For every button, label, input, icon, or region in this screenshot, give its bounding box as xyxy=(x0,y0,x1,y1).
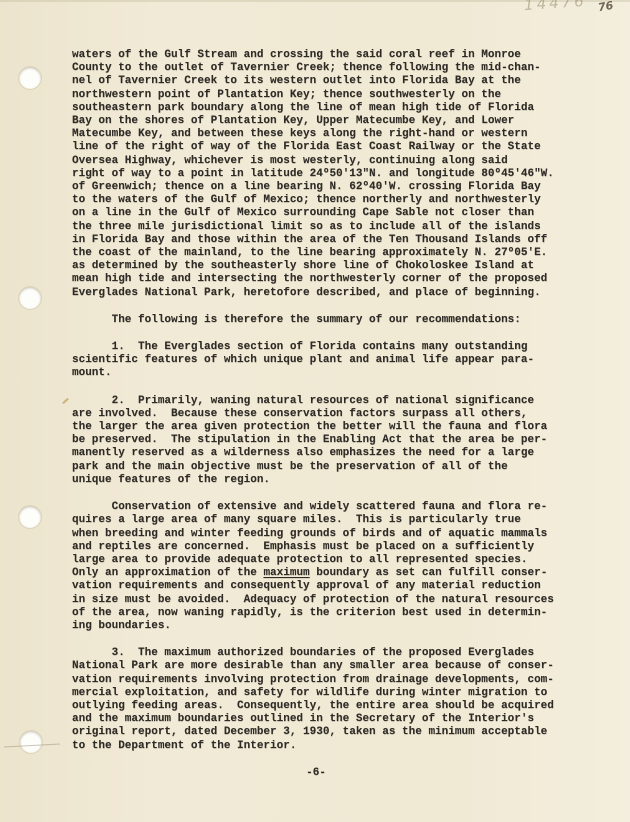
pencil-mark xyxy=(62,398,69,404)
underlined-word-maximum: maximum xyxy=(263,567,309,579)
paragraph-recommendation-3: 3. The maximum authorized boundaries of … xyxy=(72,647,572,753)
punch-hole xyxy=(20,731,42,753)
faint-pencil-annotation: 14476 xyxy=(523,0,587,14)
paragraph-recommendation-2: 2. Primarily, waning natural resources o… xyxy=(72,395,572,487)
handwritten-page-number: 76 xyxy=(597,0,614,14)
punch-hole xyxy=(19,67,41,89)
punch-hole xyxy=(19,506,41,528)
paragraph-recommendation-1: 1. The Everglades section of Florida con… xyxy=(72,341,572,381)
paragraph-boundary-description: waters of the Gulf Stream and crossing t… xyxy=(72,49,572,300)
paragraph-conservation: Conservation of extensive and widely sca… xyxy=(72,501,572,633)
typed-page-number: -6- xyxy=(72,767,560,780)
punch-hole xyxy=(19,287,41,309)
typed-text-block: waters of the Gulf Stream and crossing t… xyxy=(72,49,572,794)
paragraph-summary-intro: The following is therefore the summary o… xyxy=(72,314,572,327)
scanned-document-page: 14476 76 waters of the Gulf Stream and c… xyxy=(0,0,630,822)
